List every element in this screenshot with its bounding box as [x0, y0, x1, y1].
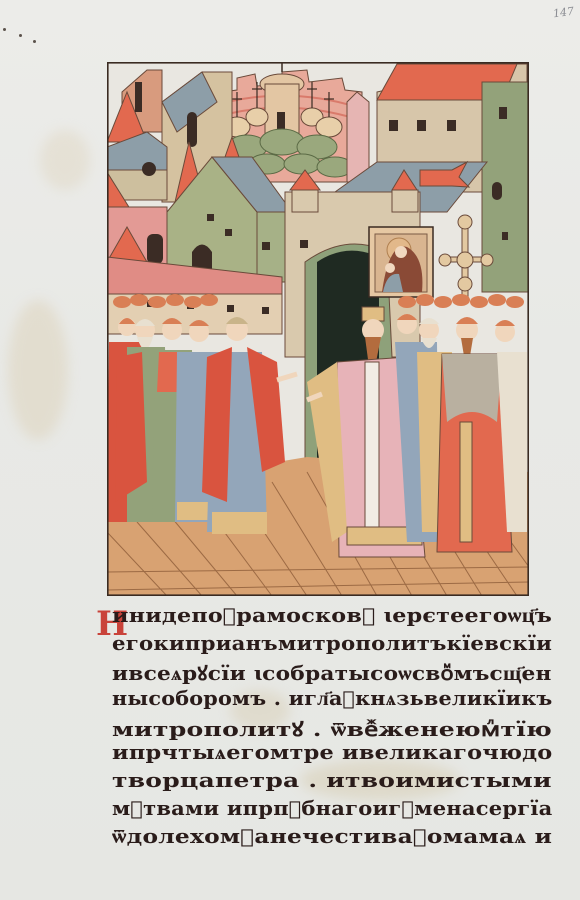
paper-stain	[8, 300, 68, 440]
text-line-4: нысоборомъ . игл҃аⷯкнѧзьвеликїикъ	[112, 687, 552, 711]
miniature-illustration	[107, 62, 529, 596]
folio-number: 147	[552, 5, 575, 21]
wormhole	[3, 28, 6, 31]
text-line-1: инидепоⷢрамосковꙋ ꙇерєтеегоѡц҃ъ	[112, 604, 552, 628]
manuscript-page: 147	[0, 0, 580, 900]
text-line-2: егокиприанъмитрополитъкїевскїи	[112, 632, 552, 655]
virgin-icon	[369, 227, 433, 297]
wormhole	[33, 40, 36, 43]
text-line-6: ипрчтыѧегомтре ивеликагочюдо	[112, 741, 552, 765]
text-line-3: ивсеѧрꙋсїи ꙇсобратысоѡсвоⷨмъсщ҃ен	[112, 659, 552, 686]
text-line-9: ѿдолехомⷩанечестиваⷢомамаѧ и	[112, 825, 552, 849]
paper-stain	[40, 130, 90, 190]
text-line-5: митрополитꙋ . ѿвеⷤженеюмⷧтїю	[112, 715, 552, 742]
text-line-8: мⷧтвами ипрпⷣбнагоигꙋменасергїа	[112, 797, 552, 820]
text-line-7: творцапетра . итвоимистыми	[112, 769, 552, 792]
wormhole	[19, 34, 22, 37]
